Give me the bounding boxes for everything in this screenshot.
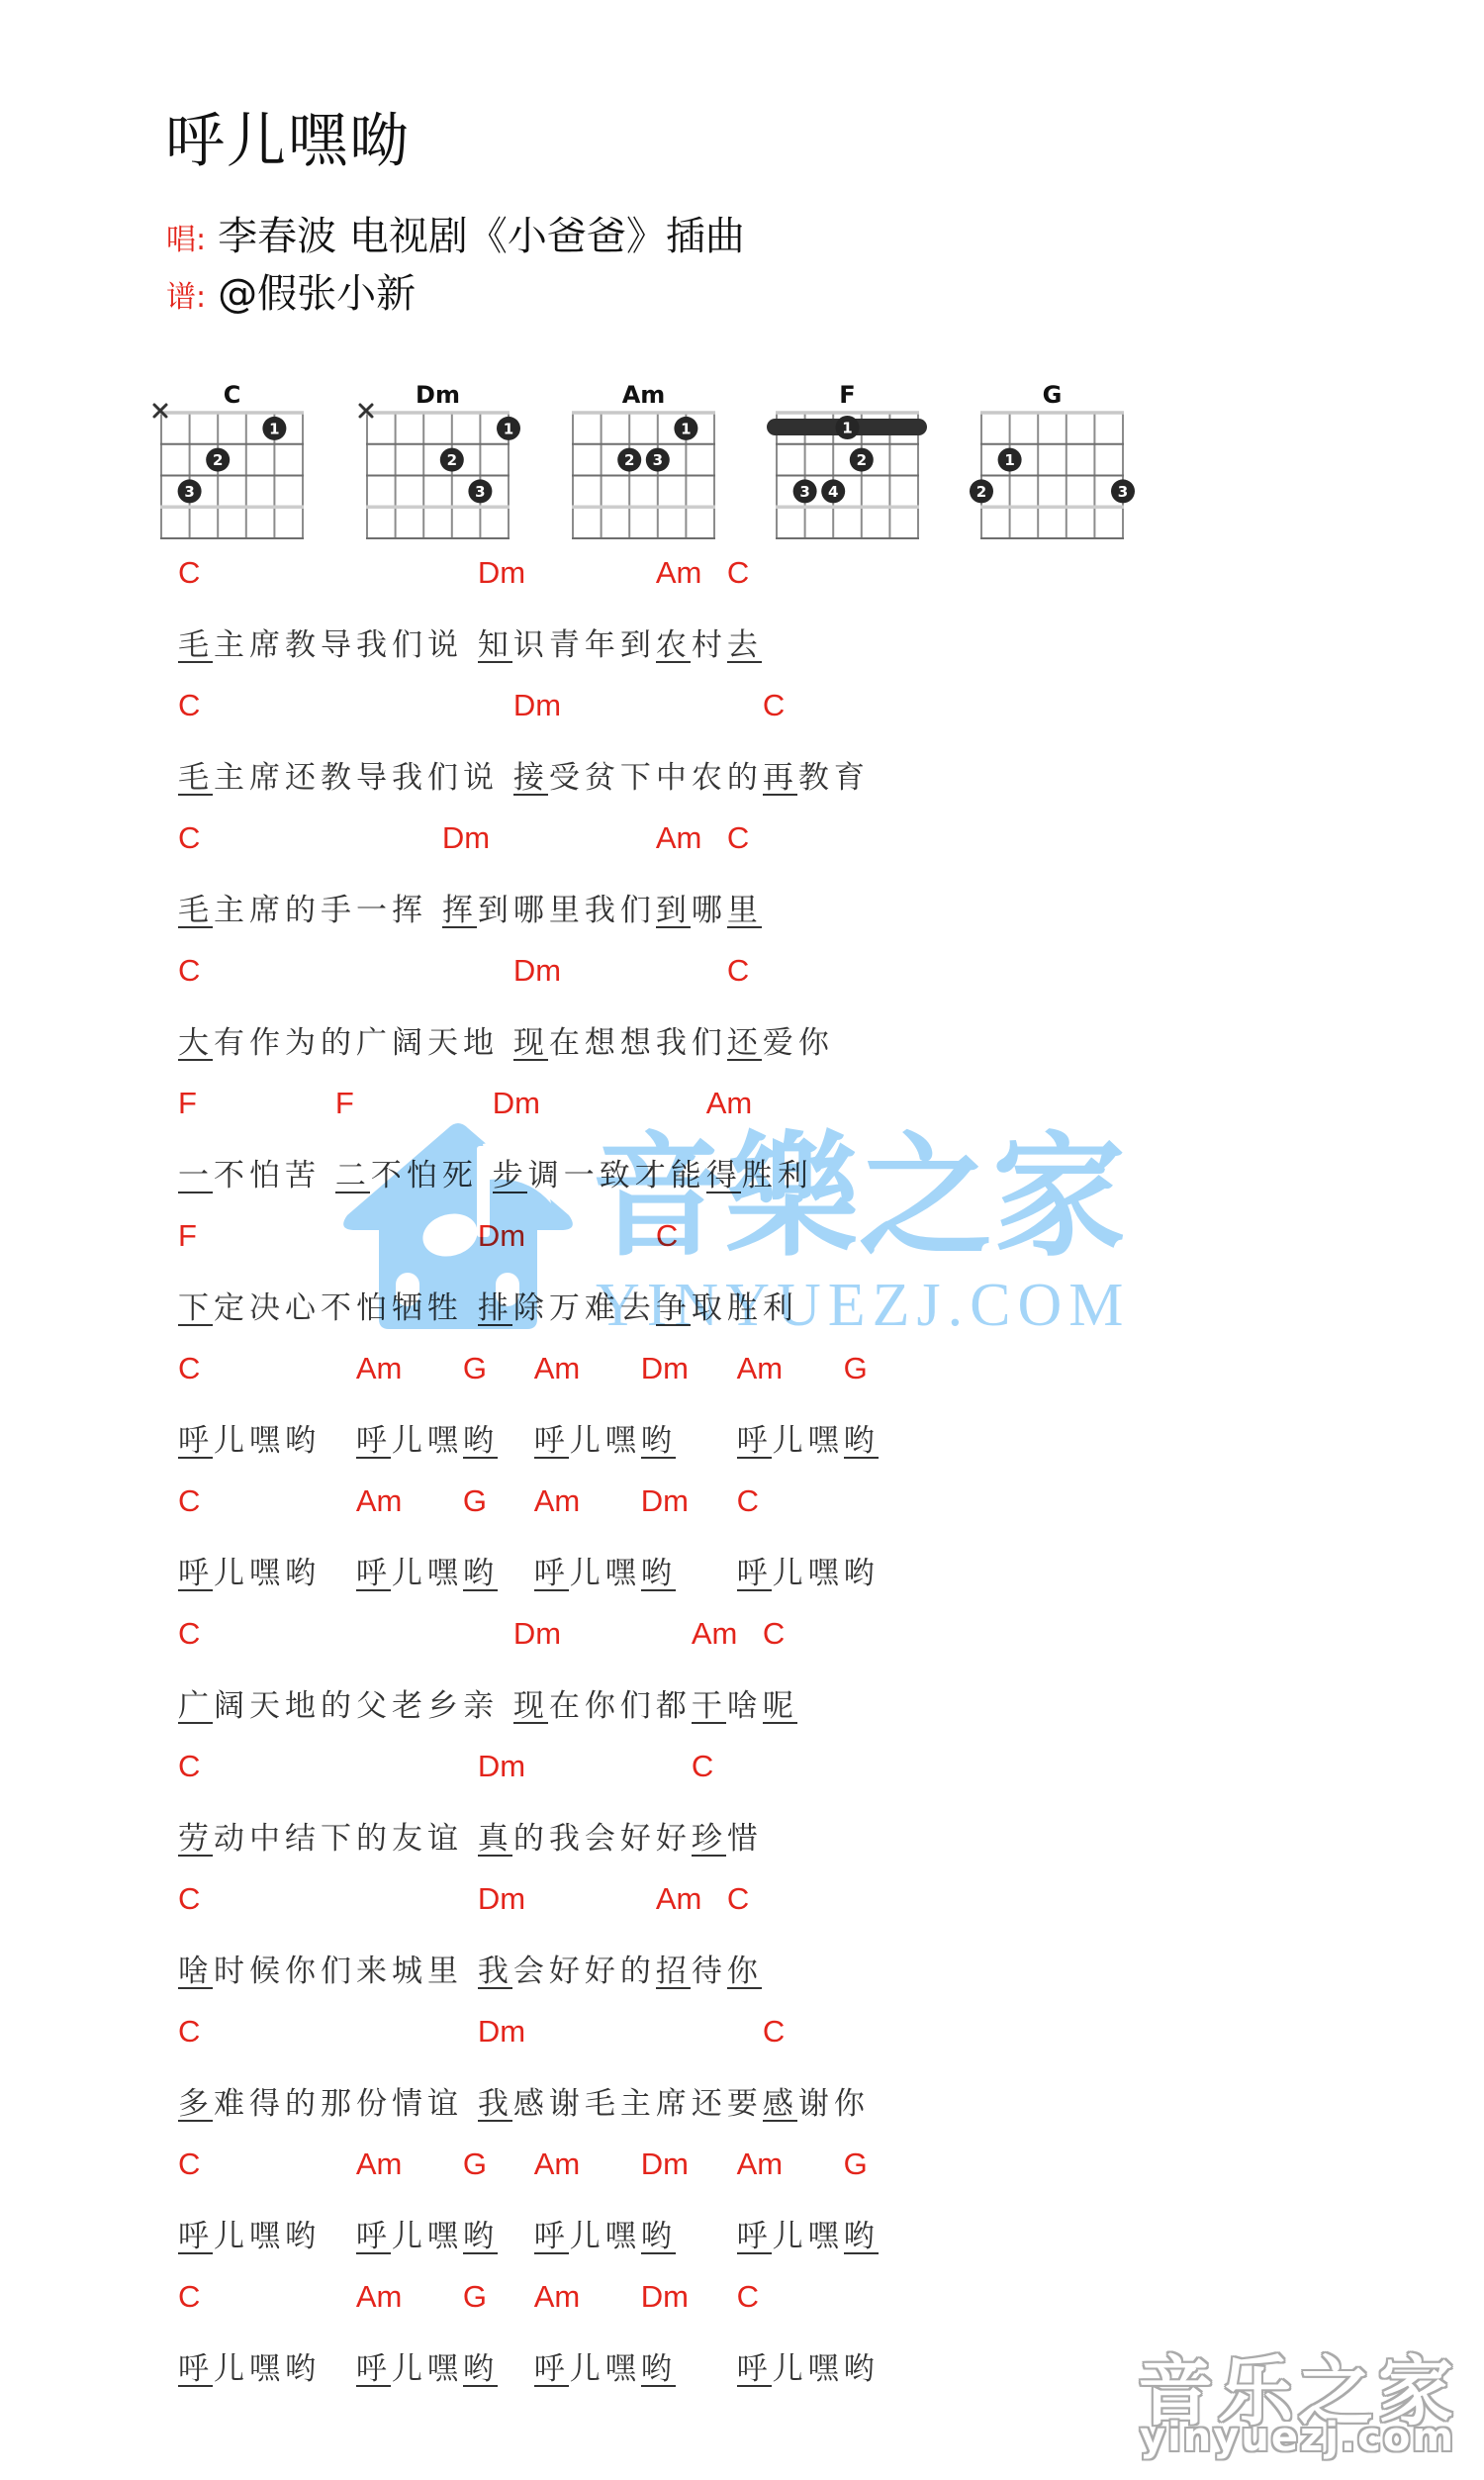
chord-label: Am xyxy=(356,2277,403,2317)
chord-syllable: 知 xyxy=(478,625,513,665)
lyric-text: 胜利 xyxy=(742,1158,813,1193)
lyric-text: 儿嘿哟 xyxy=(214,2219,356,2254)
chord-label: C xyxy=(178,686,200,725)
chord-syllable: 排 xyxy=(478,1288,513,1328)
lyric-row: C呼儿嘿哟 Am呼儿嘿 G哟 Am呼儿嘿 Dm哟 Am呼儿嘿 G哟 xyxy=(178,2145,1365,2277)
chord-label: C xyxy=(178,2012,200,2051)
lyric-text xyxy=(677,2219,712,2254)
lyric-segment: C广阔天地的父老乡亲 xyxy=(178,1686,513,1726)
lyric-segment: Dm知识青年到 xyxy=(478,625,656,665)
chord-syllable: 哟 xyxy=(641,1421,677,1461)
chord-label: F xyxy=(178,1084,197,1123)
chord-label: G xyxy=(463,2145,487,2184)
chord-syllable: 哟 xyxy=(844,1421,880,1461)
lyric-segment: Am到哪 xyxy=(656,891,727,930)
lyric-segment: C毛主席还教导我们说 xyxy=(178,758,513,798)
lyric-segment: Am呼儿嘿 xyxy=(356,2349,463,2389)
lyric-text: 啥 xyxy=(727,1688,763,1724)
lyric-text: 儿嘿哟 xyxy=(773,1556,880,1591)
chord-syllable: 干 xyxy=(692,1686,727,1726)
chord-syllable: 呼 xyxy=(356,2349,392,2389)
chord-syllable: 毛 xyxy=(178,625,214,665)
chord-syllable: 真 xyxy=(478,1819,513,1859)
lyric-segment: C呼儿嘿哟 xyxy=(178,2349,356,2389)
chord-syllable: 毛 xyxy=(178,891,214,930)
lyric-segment: Am呼儿嘿 xyxy=(534,2217,641,2256)
lyric-text: 主席教导我们说 xyxy=(214,627,478,663)
chord-label: Am xyxy=(534,1349,581,1388)
lyric-segment: Dm哟 xyxy=(641,2217,737,2256)
chord-syllable: 农 xyxy=(656,625,692,665)
chord-syllable: 呼 xyxy=(737,1421,773,1461)
lyric-row: C毛主席还教导我们说 Dm接受贫下中农的 C再教育 xyxy=(178,686,1365,818)
chord-syllable: 啥 xyxy=(178,1952,214,1991)
chord-label: C xyxy=(178,951,200,991)
lyric-text xyxy=(677,1423,712,1459)
chord-syllable: 毛 xyxy=(178,758,214,798)
lyric-segment: C呼儿嘿哟 xyxy=(178,1421,356,1461)
lyric-segment: C毛主席教导我们说 xyxy=(178,625,478,665)
lyric-text: 儿嘿 xyxy=(570,2219,641,2254)
lyrics-with-chords: C毛主席教导我们说 Dm知识青年到 Am农村 C去 C毛主席还教导我们说 Dm接… xyxy=(178,0,1365,2480)
lyric-segment: Am干啥 xyxy=(692,1686,763,1726)
chord-syllable: 二 xyxy=(335,1156,371,1195)
chord-label: C xyxy=(178,553,200,593)
chord-syllable: 里 xyxy=(727,891,763,930)
chord-label: C xyxy=(692,1747,713,1786)
chord-label: Am xyxy=(692,1614,738,1654)
chord-label: Dm xyxy=(478,553,525,593)
lyric-text: 会好好的 xyxy=(513,1954,656,1989)
lyric-text xyxy=(499,2351,534,2387)
lyric-text: 难得的那份情谊 xyxy=(214,2086,478,2122)
lyric-text: 不怕死 xyxy=(371,1158,493,1193)
lyric-segment: Am呼儿嘿 xyxy=(356,1554,463,1593)
lyric-text: 惜 xyxy=(727,1821,763,1857)
lyric-text: 感谢毛主席还要 xyxy=(513,2086,763,2122)
chord-syllable: 呼 xyxy=(178,2217,214,2256)
chord-syllable: 广 xyxy=(178,1686,214,1726)
chord-label: C xyxy=(763,686,785,725)
lyric-line: F下定决心不怕牺牲 Dm排除万难去 C争取胜利 xyxy=(178,1288,798,1328)
chord-label: G xyxy=(463,2277,487,2317)
lyric-text: 儿嘿哟 xyxy=(214,1556,356,1591)
lyric-text: 爱你 xyxy=(763,1025,834,1061)
chord-syllable: 呼 xyxy=(178,2349,214,2389)
chord-syllable: 大 xyxy=(178,1023,214,1063)
chord-syllable: 接 xyxy=(513,758,549,798)
lyric-text: 儿嘿 xyxy=(570,1423,641,1459)
chord-sheet-page: 呼儿嘿呦 唱:李春波 电视剧《小爸爸》插曲 谱:@假张小新 C 1 2 3 Dm… xyxy=(0,0,1484,2480)
lyric-segment: Am呼儿嘿 xyxy=(534,2349,641,2389)
chord-label: C xyxy=(178,1349,200,1388)
lyric-text xyxy=(499,1423,534,1459)
lyric-text xyxy=(677,2351,712,2387)
lyric-text: 的我会好好 xyxy=(513,1821,692,1857)
lyric-segment: Dm真的我会好好 xyxy=(478,1819,692,1859)
lyric-text: 时候你们来城里 xyxy=(214,1954,478,1989)
lyric-segment: F下定决心不怕牺牲 xyxy=(178,1288,478,1328)
chord-syllable: 招 xyxy=(656,1952,692,1991)
chord-syllable: 呼 xyxy=(178,1421,214,1461)
chord-syllable: 争 xyxy=(656,1288,692,1328)
lyric-text: 村 xyxy=(692,627,727,663)
lyric-line: C毛主席的手一挥 Dm挥到哪里我们 Am到哪 C里 xyxy=(178,891,763,930)
lyric-line: C呼儿嘿哟 Am呼儿嘿 G哟 Am呼儿嘿 Dm哟 C呼儿嘿哟 xyxy=(178,2349,880,2389)
lyric-text xyxy=(677,1556,712,1591)
lyric-row: C啥时候你们来城里 Dm我会好好的 Am招待 C你 xyxy=(178,1879,1365,2012)
lyric-segment: Dm现在你们都 xyxy=(513,1686,692,1726)
chord-label: F xyxy=(335,1084,354,1123)
chord-syllable: 呼 xyxy=(534,2217,570,2256)
chord-syllable: 下 xyxy=(178,1288,214,1328)
lyric-segment: C珍惜 xyxy=(692,1819,763,1859)
lyric-text: 待 xyxy=(692,1954,727,1989)
chord-label: C xyxy=(727,951,749,991)
chord-syllable: 挥 xyxy=(442,891,478,930)
chord-label: Dm xyxy=(641,2145,689,2184)
chord-label: C xyxy=(727,818,749,858)
lyric-segment: G哟 xyxy=(463,2217,534,2256)
chord-label: Am xyxy=(534,1481,581,1521)
chord-label: C xyxy=(178,1481,200,1521)
chord-syllable: 还 xyxy=(727,1023,763,1063)
chord-label: C xyxy=(763,2012,785,2051)
lyric-segment: C毛主席的手一挥 xyxy=(178,891,442,930)
chord-syllable: 步 xyxy=(493,1156,528,1195)
lyric-segment: C呼儿嘿哟 xyxy=(737,1554,880,1593)
lyric-text: 阔天地的父老乡亲 xyxy=(214,1688,513,1724)
chord-label: Dm xyxy=(641,1349,689,1388)
corner-watermark-url: yinyuezj.com xyxy=(1140,2416,1455,2459)
lyric-segment: Dm挥到哪里我们 xyxy=(442,891,656,930)
lyric-row: C劳动中结下的友谊 Dm真的我会好好 C珍惜 xyxy=(178,1747,1365,1879)
lyric-segment: Am招待 xyxy=(656,1952,727,1991)
lyric-text: 在你们都 xyxy=(549,1688,692,1724)
chord-label: Am xyxy=(737,2145,784,2184)
lyric-text: 儿嘿哟 xyxy=(214,2351,356,2387)
chord-syllable: 呼 xyxy=(534,2349,570,2389)
chord-label: C xyxy=(737,2277,759,2317)
lyric-segment: C啥时候你们来城里 xyxy=(178,1952,478,1991)
chord-syllable: 现 xyxy=(513,1023,549,1063)
chord-label: G xyxy=(463,1349,487,1388)
lyric-segment: Am农村 xyxy=(656,625,727,665)
chord-label: Am xyxy=(534,2277,581,2317)
chord-syllable: 一 xyxy=(178,1156,214,1195)
chord-label: Dm xyxy=(478,1216,525,1256)
chord-syllable: 到 xyxy=(656,891,692,930)
lyric-line: C多难得的那份情谊 Dm我感谢毛主席还要 C感谢你 xyxy=(178,2084,870,2124)
lyric-segment: Dm哟 xyxy=(641,1421,737,1461)
chord-label: Dm xyxy=(478,1747,525,1786)
chord-label: G xyxy=(844,1349,868,1388)
lyric-segment: Am呼儿嘿 xyxy=(356,1421,463,1461)
lyric-segment: Am得胜利 xyxy=(706,1156,813,1195)
chord-label: Dm xyxy=(513,951,561,991)
lyric-line: C大有作为的广阔天地 Dm现在想想我们 C还爱你 xyxy=(178,1023,834,1063)
lyric-segment: C大有作为的广阔天地 xyxy=(178,1023,513,1063)
chord-label: C xyxy=(178,2145,200,2184)
lyric-segment: Am呼儿嘿 xyxy=(356,2217,463,2256)
lyric-text: 到哪里我们 xyxy=(478,893,656,928)
lyric-segment: Am呼儿嘿 xyxy=(534,1554,641,1593)
chord-syllable: 珍 xyxy=(692,1819,727,1859)
lyric-text: 儿嘿哟 xyxy=(773,2351,880,2387)
lyric-segment: Dm我感谢毛主席还要 xyxy=(478,2084,763,2124)
lyric-row: F一不怕苦 F二不怕死 Dm步调一致才能 Am得胜利 xyxy=(178,1084,1365,1216)
lyric-text: 儿嘿 xyxy=(570,1556,641,1591)
chord-label: C xyxy=(656,1216,678,1256)
lyric-segment: Dm现在想想我们 xyxy=(513,1023,727,1063)
lyric-segment: C呼儿嘿哟 xyxy=(178,1554,356,1593)
chord-label: C xyxy=(178,1747,200,1786)
chord-syllable: 劳 xyxy=(178,1819,214,1859)
lyric-text: 不怕苦 xyxy=(214,1158,335,1193)
chord-syllable: 呼 xyxy=(737,2349,773,2389)
chord-syllable: 呼 xyxy=(178,1554,214,1593)
lyric-segment: Dm哟 xyxy=(641,2349,737,2389)
lyric-text: 儿嘿 xyxy=(773,2219,844,2254)
chord-syllable: 呼 xyxy=(534,1421,570,1461)
lyric-segment: Dm步调一致才能 xyxy=(493,1156,706,1195)
lyric-line: C广阔天地的父老乡亲 Dm现在你们都 Am干啥 C呢 xyxy=(178,1686,798,1726)
lyric-segment: C劳动中结下的友谊 xyxy=(178,1819,478,1859)
chord-label: C xyxy=(178,1614,200,1654)
chord-syllable: 呼 xyxy=(737,1554,773,1593)
lyric-line: C呼儿嘿哟 Am呼儿嘿 G哟 Am呼儿嘿 Dm哟 Am呼儿嘿 G哟 xyxy=(178,2217,880,2256)
chord-label: G xyxy=(844,2145,868,2184)
lyric-segment: Dm哟 xyxy=(641,1554,737,1593)
lyric-row: C毛主席的手一挥 Dm挥到哪里我们 Am到哪 C里 xyxy=(178,818,1365,951)
chord-label: G xyxy=(463,1481,487,1521)
chord-syllable: 哟 xyxy=(463,2349,499,2389)
chord-label: C xyxy=(737,1481,759,1521)
chord-label: C xyxy=(178,1879,200,1919)
lyric-text: 儿嘿 xyxy=(392,2351,463,2387)
lyric-segment: C呼儿嘿哟 xyxy=(737,2349,880,2389)
chord-syllable: 我 xyxy=(478,1952,513,1991)
chord-syllable: 再 xyxy=(763,758,798,798)
chord-syllable: 你 xyxy=(727,1952,763,1991)
lyric-segment: G哟 xyxy=(463,1421,534,1461)
chord-label: C xyxy=(727,1879,749,1919)
lyric-text: 教育 xyxy=(798,760,870,796)
lyric-segment: G哟 xyxy=(844,2217,880,2256)
lyric-segment: C争取胜利 xyxy=(656,1288,798,1328)
lyric-segment: C呼儿嘿哟 xyxy=(178,2217,356,2256)
lyric-segment: Am呼儿嘿 xyxy=(737,2217,844,2256)
lyric-segment: C呢 xyxy=(763,1686,798,1726)
lyric-text: 儿嘿哟 xyxy=(214,1423,356,1459)
lyric-text xyxy=(499,1556,534,1591)
lyric-text: 儿嘿 xyxy=(392,2219,463,2254)
lyric-text xyxy=(499,2219,534,2254)
chord-syllable: 呼 xyxy=(737,2217,773,2256)
lyric-row: C广阔天地的父老乡亲 Dm现在你们都 Am干啥 C呢 xyxy=(178,1614,1365,1747)
lyric-text: 主席还教导我们说 xyxy=(214,760,513,796)
lyric-segment: F二不怕死 xyxy=(335,1156,493,1195)
lyric-segment: C还爱你 xyxy=(727,1023,834,1063)
lyric-segment: Am呼儿嘿 xyxy=(737,1421,844,1461)
chord-label: C xyxy=(178,818,200,858)
lyric-segment: F一不怕苦 xyxy=(178,1156,335,1195)
chord-label: Dm xyxy=(493,1084,540,1123)
lyric-text: 儿嘿 xyxy=(392,1556,463,1591)
lyric-segment: C去 xyxy=(727,625,763,665)
chord-label: Am xyxy=(534,2145,581,2184)
chord-syllable: 哟 xyxy=(844,2217,880,2256)
lyric-row: F下定决心不怕牺牲 Dm排除万难去 C争取胜利 xyxy=(178,1216,1365,1349)
lyric-text: 谢你 xyxy=(798,2086,870,2122)
chord-syllable: 呼 xyxy=(356,1554,392,1593)
lyric-segment: C你 xyxy=(727,1952,763,1991)
lyric-segment: Dm接受贫下中农的 xyxy=(513,758,763,798)
lyric-segment: Dm排除万难去 xyxy=(478,1288,656,1328)
chord-syllable: 现 xyxy=(513,1686,549,1726)
chord-label: Am xyxy=(656,1879,702,1919)
lyric-text: 识青年到 xyxy=(513,627,656,663)
lyric-segment: Dm我会好好的 xyxy=(478,1952,656,1991)
chord-label: Am xyxy=(656,553,702,593)
chord-label: Am xyxy=(356,1349,403,1388)
lyric-line: C呼儿嘿哟 Am呼儿嘿 G哟 Am呼儿嘿 Dm哟 Am呼儿嘿 G哟 xyxy=(178,1421,880,1461)
chord-label: Dm xyxy=(442,818,490,858)
lyric-line: C毛主席教导我们说 Dm知识青年到 Am农村 C去 xyxy=(178,625,763,665)
lyric-text: 主席的手一挥 xyxy=(214,893,442,928)
lyric-text: 儿嘿 xyxy=(773,1423,844,1459)
lyric-segment: Am呼儿嘿 xyxy=(534,1421,641,1461)
lyric-segment: G哟 xyxy=(463,1554,534,1593)
lyric-segment: G哟 xyxy=(844,1421,880,1461)
chord-syllable: 哟 xyxy=(463,2217,499,2256)
chord-label: Dm xyxy=(478,1879,525,1919)
lyric-row: C毛主席教导我们说 Dm知识青年到 Am农村 C去 xyxy=(178,553,1365,686)
chord-syllable: 我 xyxy=(478,2084,513,2124)
lyric-text: 儿嘿 xyxy=(570,2351,641,2387)
lyric-segment: C感谢你 xyxy=(763,2084,870,2124)
chord-syllable: 呼 xyxy=(356,1421,392,1461)
chord-label: C xyxy=(178,2277,200,2317)
chord-syllable: 去 xyxy=(727,625,763,665)
chord-label: Dm xyxy=(478,2012,525,2051)
chord-label: Dm xyxy=(513,1614,561,1654)
lyric-line: C劳动中结下的友谊 Dm真的我会好好 C珍惜 xyxy=(178,1819,763,1859)
lyric-line: C呼儿嘿哟 Am呼儿嘿 G哟 Am呼儿嘿 Dm哟 C呼儿嘿哟 xyxy=(178,1554,880,1593)
chord-label: Am xyxy=(706,1084,753,1123)
chord-syllable: 哟 xyxy=(641,2217,677,2256)
chord-syllable: 呼 xyxy=(356,2217,392,2256)
lyric-row: C呼儿嘿哟 Am呼儿嘿 G哟 Am呼儿嘿 Dm哟 Am呼儿嘿 G哟 xyxy=(178,1349,1365,1481)
lyric-row: C多难得的那份情谊 Dm我感谢毛主席还要 C感谢你 xyxy=(178,2012,1365,2145)
lyric-segment: C里 xyxy=(727,891,763,930)
chord-syllable: 哟 xyxy=(463,1421,499,1461)
lyric-text: 调一致才能 xyxy=(528,1158,706,1193)
chord-syllable: 哟 xyxy=(641,2349,677,2389)
lyric-row: C大有作为的广阔天地 Dm现在想想我们 C还爱你 xyxy=(178,951,1365,1084)
lyric-line: C啥时候你们来城里 Dm我会好好的 Am招待 C你 xyxy=(178,1952,763,1991)
chord-label: F xyxy=(178,1216,197,1256)
lyric-segment: G哟 xyxy=(463,2349,534,2389)
chord-syllable: 得 xyxy=(706,1156,742,1195)
chord-label: Am xyxy=(656,818,702,858)
lyric-text: 除万难去 xyxy=(513,1290,656,1326)
chord-label: Dm xyxy=(641,1481,689,1521)
lyric-text: 取胜利 xyxy=(692,1290,798,1326)
chord-label: Am xyxy=(356,2145,403,2184)
lyric-text: 动中结下的友谊 xyxy=(214,1821,478,1857)
chord-label: Am xyxy=(356,1481,403,1521)
lyric-text: 哪 xyxy=(692,893,727,928)
chord-syllable: 感 xyxy=(763,2084,798,2124)
chord-label: C xyxy=(727,553,749,593)
chord-label: C xyxy=(763,1614,785,1654)
lyric-text: 受贫下中农的 xyxy=(549,760,763,796)
chord-syllable: 哟 xyxy=(641,1554,677,1593)
lyric-row: C呼儿嘿哟 Am呼儿嘿 G哟 Am呼儿嘿 Dm哟 C呼儿嘿哟 xyxy=(178,1481,1365,1614)
chord-syllable: 多 xyxy=(178,2084,214,2124)
chord-label: Dm xyxy=(513,686,561,725)
chord-label: Dm xyxy=(641,2277,689,2317)
chord-syllable: 哟 xyxy=(463,1554,499,1593)
lyric-text: 儿嘿 xyxy=(392,1423,463,1459)
lyric-text: 在想想我们 xyxy=(549,1025,727,1061)
chord-label: Am xyxy=(737,1349,784,1388)
lyric-line: C毛主席还教导我们说 Dm接受贫下中农的 C再教育 xyxy=(178,758,870,798)
chord-syllable: 呼 xyxy=(534,1554,570,1593)
lyric-text: 有作为的广阔天地 xyxy=(214,1025,513,1061)
lyric-line: F一不怕苦 F二不怕死 Dm步调一致才能 Am得胜利 xyxy=(178,1156,813,1195)
lyric-text: 定决心不怕牺牲 xyxy=(214,1290,478,1326)
lyric-segment: C多难得的那份情谊 xyxy=(178,2084,478,2124)
chord-syllable: 呢 xyxy=(763,1686,798,1726)
lyric-segment: C再教育 xyxy=(763,758,870,798)
